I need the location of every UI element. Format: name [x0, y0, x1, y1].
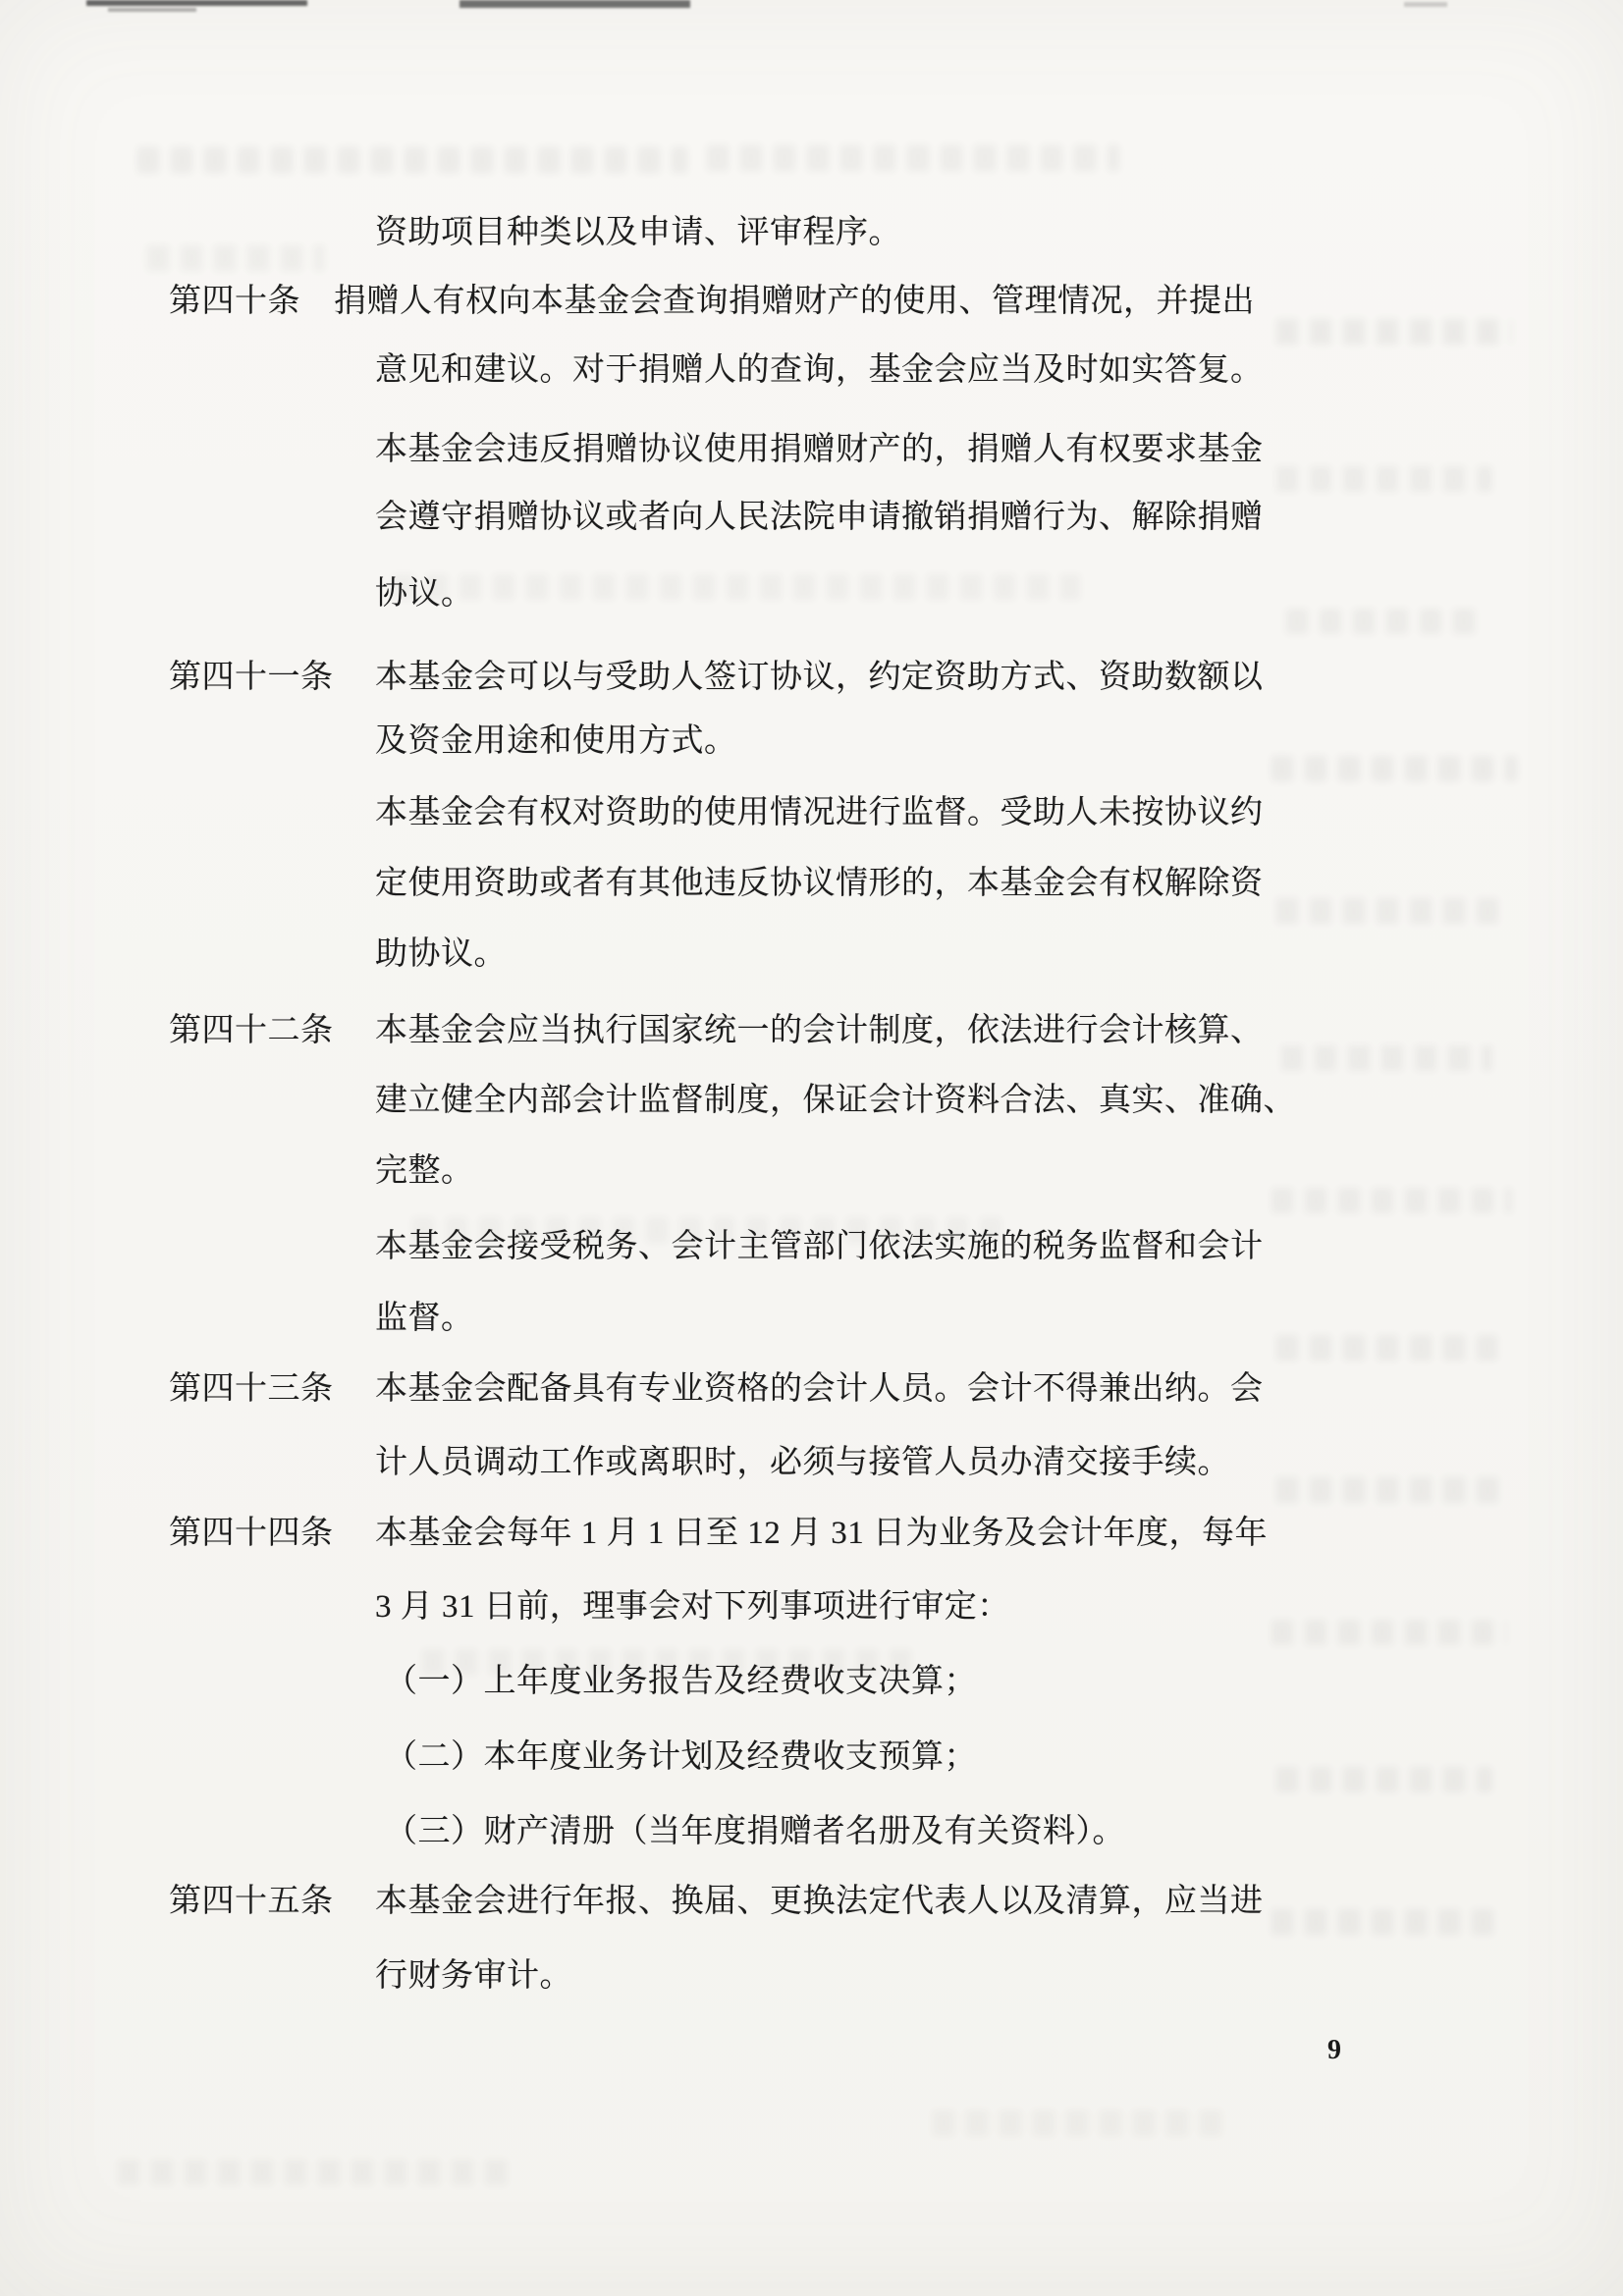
bleed-through-ghost — [1271, 1188, 1512, 1213]
bleed-through-ghost — [118, 2160, 511, 2185]
bleed-through-ghost — [1276, 1335, 1497, 1361]
bleed-through-ghost — [137, 147, 687, 173]
bleed-through-ghost — [1276, 319, 1512, 345]
bleed-through-ghost — [707, 145, 1119, 171]
text-line: 资助项目种类以及申请、评审程序。 — [375, 197, 901, 268]
text-line: 本基金会应当执行国家统一的会计制度，依法进行会计核算、 — [375, 995, 1264, 1066]
text-line: 本基金会进行年报、换届、更换法定代表人以及清算，应当进 — [375, 1866, 1264, 1937]
text-line: 协议。 — [375, 559, 474, 629]
text-line: 捐赠人有权向本基金会查询捐赠财产的使用、管理情况，并提出 — [334, 266, 1255, 337]
text-line: 计人员调动工作或离职时，必须与接管人员办清交接手续。 — [375, 1427, 1230, 1498]
text-line: 本基金会可以与受助人签订协议，约定资助方式、资助数额以 — [375, 642, 1264, 713]
bleed-through-ghost — [933, 2110, 1227, 2136]
text-line: 3 月 31 日前，理事会对下列事项进行审定： — [375, 1572, 1010, 1642]
bleed-through-ghost — [1281, 1045, 1492, 1071]
scan-artifact — [460, 0, 690, 8]
text-line: 行财务审计。 — [375, 1941, 572, 2011]
scan-artifact — [1404, 2, 1447, 7]
bleed-through-ghost — [1276, 898, 1502, 924]
bleed-through-ghost — [393, 574, 1080, 600]
text-line: 本基金会接受税务、会计主管部门依法实施的税务监督和会计 — [375, 1211, 1264, 1282]
bleed-through-ghost — [1276, 1477, 1507, 1503]
bleed-through-ghost — [1286, 609, 1483, 634]
bleed-through-ghost — [1276, 1767, 1492, 1792]
text-line: 本基金会配备具有专业资格的会计人员。会计不得兼出纳。会 — [375, 1354, 1264, 1424]
document-page: 资助项目种类以及申请、评审程序。 第四十条 捐赠人有权向本基金会查询捐赠财产的使… — [0, 0, 1623, 2296]
bleed-through-ghost — [1271, 1620, 1507, 1645]
bleed-through-ghost — [1271, 756, 1517, 781]
list-item-line: （三）财产清册（当年度捐赠者名册及有关资料）。 — [385, 1796, 1125, 1867]
bleed-through-ghost — [1271, 1909, 1497, 1935]
text-line: 建立健全内部会计监督制度，保证会计资料合法、真实、准确、 — [375, 1065, 1296, 1136]
article-41-label: 第四十一条 — [169, 642, 334, 713]
text-line: 定使用资助或者有其他违反协议情形的，本基金会有权解除资 — [375, 848, 1264, 919]
article-43-label: 第四十三条 — [169, 1354, 334, 1424]
article-45-label: 第四十五条 — [169, 1866, 334, 1937]
list-item-line: （二）本年度业务计划及经费收支预算； — [385, 1722, 977, 1792]
list-item-line: （一）上年度业务报告及经费收支决算； — [385, 1646, 977, 1717]
bleed-through-ghost — [1276, 466, 1492, 492]
article-44-label: 第四十四条 — [169, 1498, 334, 1569]
text-line: 本基金会每年 1 月 1 日至 12 月 31 日为业务及会计年度，每年 — [375, 1498, 1268, 1569]
text-line: 本基金会有权对资助的使用情况进行监督。受助人未按协议约 — [375, 777, 1264, 848]
article-42-label: 第四十二条 — [169, 995, 334, 1066]
text-line: 助协议。 — [375, 919, 507, 989]
text-line: 本基金会违反捐赠协议使用捐赠财产的，捐赠人有权要求基金 — [375, 414, 1264, 485]
article-40-label: 第四十条 — [169, 266, 300, 337]
page-number: 9 — [1327, 2034, 1341, 2067]
scan-artifact — [108, 8, 196, 12]
text-line: 会遵守捐赠协议或者向人民法院申请撤销捐赠行为、解除捐赠 — [375, 482, 1264, 553]
scan-artifact — [86, 0, 307, 6]
text-line: 及资金用途和使用方式。 — [375, 706, 737, 776]
text-line: 意见和建议。对于捐赠人的查询，基金会应当及时如实答复。 — [375, 335, 1264, 405]
text-line: 完整。 — [375, 1136, 474, 1206]
text-line: 监督。 — [375, 1283, 474, 1354]
